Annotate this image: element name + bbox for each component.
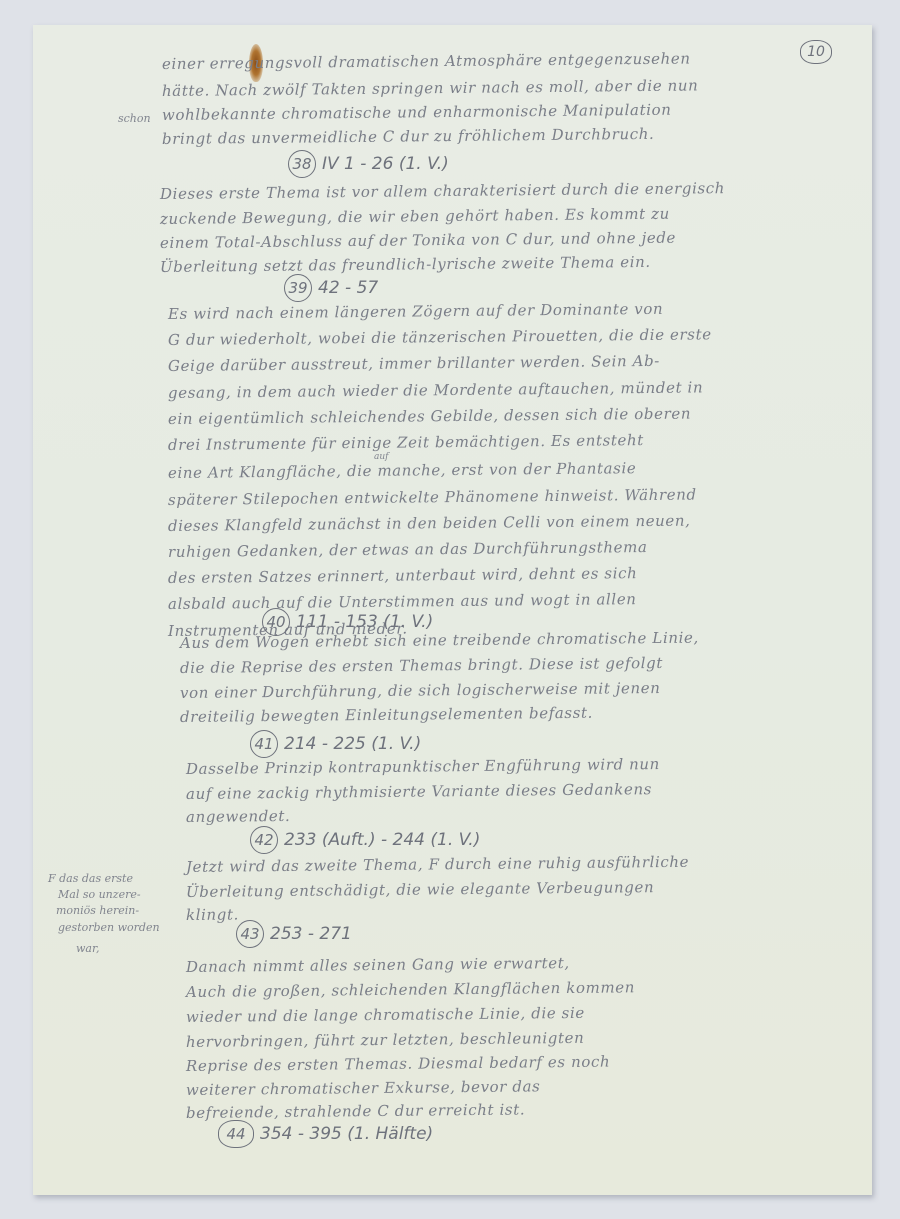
section-number: 38: [288, 150, 316, 178]
section-number: 39: [284, 274, 312, 302]
section-heading-38: 38 IV 1 - 26 (1. V.): [288, 150, 449, 178]
insertion-auf: auf: [374, 452, 389, 462]
text-line: weiterer chromatischer Exkurse, bevor da…: [186, 1077, 541, 1099]
text-line: befreiende, strahlende C dur erreicht is…: [186, 1100, 525, 1122]
margin-footnote-line: gestorben worden: [58, 921, 160, 934]
section-heading-39: 39 42 - 57: [284, 274, 378, 302]
section-number: 42: [250, 826, 278, 854]
page-number-text: 10: [807, 44, 825, 60]
measure-range: 233 (Auft.) - 244 (1. V.): [284, 830, 480, 850]
measure-range: 42 - 57: [318, 278, 378, 298]
measure-range: 354 - 395 (1. Hälfte): [260, 1124, 433, 1144]
page-number: 10: [800, 40, 832, 64]
measure-range: IV 1 - 26 (1. V.): [322, 154, 449, 174]
margin-footnote-line: war,: [76, 942, 100, 955]
section-heading-41: 41 214 - 225 (1. V.): [250, 730, 421, 758]
section-heading-42: 42 233 (Auft.) - 244 (1. V.): [250, 826, 480, 854]
measure-range: 111 - 153 (1. V.): [296, 612, 433, 632]
section-number: 40: [262, 608, 290, 636]
section-heading-44: 44 354 - 395 (1. Hälfte): [218, 1120, 433, 1148]
margin-footnote-line: moniös herein-: [56, 904, 139, 917]
margin-note-schon: schon: [118, 112, 151, 125]
margin-footnote-line: Mal so unzere-: [58, 888, 141, 901]
section-number: 43: [236, 920, 264, 948]
text-line: angewendet.: [186, 807, 291, 826]
section-number: 44: [218, 1120, 254, 1148]
text-line: klingt.: [186, 905, 239, 924]
margin-footnote-line: F das das erste: [48, 872, 133, 885]
section-number: 41: [250, 730, 278, 758]
section-heading-43: 43 253 - 271: [236, 920, 352, 948]
measure-range: 214 - 225 (1. V.): [284, 734, 421, 754]
measure-range: 253 - 271: [270, 924, 352, 944]
